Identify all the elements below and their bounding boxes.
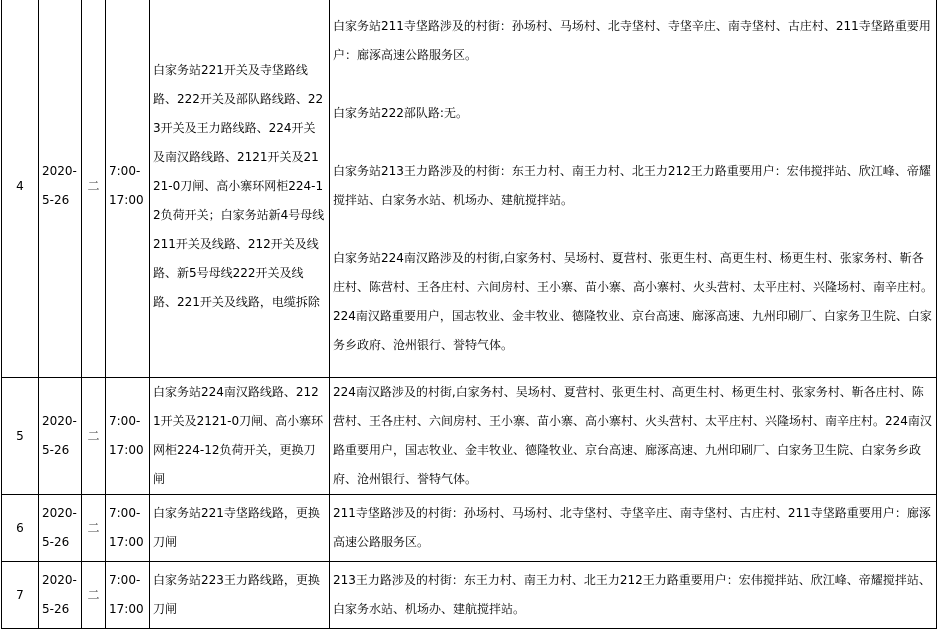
time-cell: 7:00- 17:00	[106, 0, 150, 378]
row-number: 6	[2, 495, 39, 562]
time-line: 17:00	[109, 186, 146, 215]
date-line: 2020-	[42, 157, 78, 186]
date-cell: 2020- 5-26	[39, 378, 82, 495]
affected-area-cell: 224南汉路涉及的村街,白家务村、吴场村、夏营村、张更生村、高更生村、杨更生村、…	[330, 378, 937, 495]
time-cell: 7:00- 17:00	[106, 562, 150, 629]
time-cell: 7:00- 17:00	[106, 495, 150, 562]
outage-schedule-table: 4 2020- 5-26 二 7:00- 17:00 白家务站221开关及寺垡路…	[1, 0, 937, 629]
work-content-cell: 白家务站223王力路线路，更换刀闸	[150, 562, 330, 629]
table-row: 6 2020- 5-26 二 7:00- 17:00 白家务站221寺垡路线路，…	[2, 495, 937, 562]
work-content-cell: 白家务站221寺垡路线路，更换刀闸	[150, 495, 330, 562]
date-cell: 2020- 5-26	[39, 0, 82, 378]
time-line: 7:00-	[109, 566, 146, 595]
paragraph-spacer	[333, 128, 933, 157]
date-line: 2020-	[42, 499, 78, 528]
paragraph-spacer	[333, 215, 933, 244]
work-content-cell: 白家务站224南汉路线路、2121开关及2121-0刀闸、高小寨环网柜224-1…	[150, 378, 330, 495]
date-cell: 2020- 5-26	[39, 495, 82, 562]
time-line: 17:00	[109, 595, 146, 624]
row-number: 7	[2, 562, 39, 629]
affected-area-paragraph: 211寺垡路涉及的村街：孙场村、马场村、北寺垡村、寺垡辛庄、南寺垡村、古庄村、2…	[333, 499, 933, 557]
affected-area-cell: 白家务站211寺垡路涉及的村街：孙场村、马场村、北寺垡村、寺垡辛庄、南寺垡村、古…	[330, 0, 937, 378]
work-content-cell: 白家务站221开关及寺垡路线路、222开关及部队路线路、223开关及王力路线路、…	[150, 0, 330, 378]
weekday-cell: 二	[82, 378, 106, 495]
time-line: 17:00	[109, 528, 146, 557]
affected-area-paragraph: 白家务站224南汉路涉及的村街,白家务村、吴场村、夏营村、张更生村、高更生村、杨…	[333, 244, 933, 360]
date-line: 2020-	[42, 566, 78, 595]
time-cell: 7:00- 17:00	[106, 378, 150, 495]
row-number: 5	[2, 378, 39, 495]
weekday-cell: 二	[82, 0, 106, 378]
time-line: 7:00-	[109, 407, 146, 436]
time-line: 7:00-	[109, 499, 146, 528]
date-line: 5-26	[42, 595, 78, 624]
affected-area-paragraph: 213王力路涉及的村街：东王力村、南王力村、北王力212王力路重要用户：宏伟搅拌…	[333, 566, 933, 624]
date-line: 5-26	[42, 528, 78, 557]
paragraph-spacer	[333, 70, 933, 99]
weekday-cell: 二	[82, 495, 106, 562]
table-row: 5 2020- 5-26 二 7:00- 17:00 白家务站224南汉路线路、…	[2, 378, 937, 495]
date-line: 2020-	[42, 407, 78, 436]
date-line: 5-26	[42, 186, 78, 215]
time-line: 17:00	[109, 436, 146, 465]
row-number: 4	[2, 0, 39, 378]
affected-area-paragraph: 白家务站222部队路:无。	[333, 99, 933, 128]
affected-area-paragraph: 白家务站213王力路涉及的村街：东王力村、南王力村、北王力212王力路重要用户：…	[333, 157, 933, 215]
affected-area-paragraph: 224南汉路涉及的村街,白家务村、吴场村、夏营村、张更生村、高更生村、杨更生村、…	[333, 378, 933, 494]
time-line: 7:00-	[109, 157, 146, 186]
table-row: 7 2020- 5-26 二 7:00- 17:00 白家务站223王力路线路，…	[2, 562, 937, 629]
table-row: 4 2020- 5-26 二 7:00- 17:00 白家务站221开关及寺垡路…	[2, 0, 937, 378]
date-cell: 2020- 5-26	[39, 562, 82, 629]
affected-area-cell: 211寺垡路涉及的村街：孙场村、马场村、北寺垡村、寺垡辛庄、南寺垡村、古庄村、2…	[330, 495, 937, 562]
weekday-cell: 二	[82, 562, 106, 629]
date-line: 5-26	[42, 436, 78, 465]
affected-area-cell: 213王力路涉及的村街：东王力村、南王力村、北王力212王力路重要用户：宏伟搅拌…	[330, 562, 937, 629]
affected-area-paragraph: 白家务站211寺垡路涉及的村街：孙场村、马场村、北寺垡村、寺垡辛庄、南寺垡村、古…	[333, 12, 933, 70]
